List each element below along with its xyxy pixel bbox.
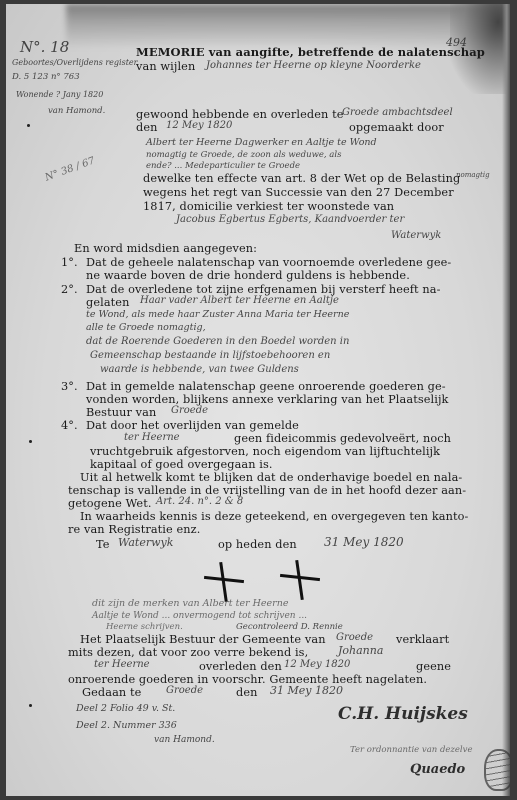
municipal-line-2: mits dezen, dat voor zoo verre bekend is… <box>68 646 308 659</box>
conclusion-line-1: Uit al hetwelk komt te blijken dat de on… <box>80 471 462 484</box>
document-page: N°. 18 494 Geboortes/Overlijdens registe… <box>6 4 510 796</box>
municipal-line-3: onroerende goederen in voorschr. Gemeent… <box>68 673 427 686</box>
declarants-line-2: nomagtig te Groede, de zoon als weduwe, … <box>146 150 341 160</box>
municipal-name-2: ter Heerne <box>94 659 150 670</box>
item-2-line-2: gelaten <box>86 296 129 309</box>
date-of-death: 12 Mey 1820 <box>166 120 232 131</box>
item-3-number: 3°. <box>61 380 78 393</box>
secretary-title: Ter ordonnantie van dezelve <box>350 745 472 755</box>
municipal-death-date: 12 Mey 1820 <box>284 659 350 670</box>
municipal-line-1: Het Plaatselijk Bestuur der Gemeente van <box>80 633 326 646</box>
item-3-place: Groede <box>171 405 208 416</box>
margin-note-2: D. 5 123 n° 763 <box>12 72 80 82</box>
marks-note-3: Heerne schrijven. <box>106 622 183 632</box>
den-label: den <box>136 121 158 134</box>
item-1-line-2: ne waarde boven de drie honderd guldens … <box>86 269 410 282</box>
opgemaakt-label: opgemaakt door <box>349 121 444 134</box>
item-4-cont-3: kapitaal of goed overgegaan is. <box>90 458 273 471</box>
municipal-verklaart: verklaart <box>396 633 449 646</box>
speck <box>29 440 32 443</box>
marks-witness: Gecontroleerd D. Rennie <box>236 622 343 632</box>
intro-line-1: dewelke ten effecte van art. 8 der Wet o… <box>143 172 460 185</box>
mark-cross-1 <box>204 562 244 602</box>
mayor-signature: C.H. Huijskes <box>338 704 468 724</box>
registration-note-2: Deel 2. Nummer 336 <box>76 720 177 731</box>
item-3-line-3: Bestuur van <box>86 406 156 419</box>
aangegeven-heading: En word midsdien aangegeven: <box>74 242 257 255</box>
place-of-death: Groede ambachtsdeel <box>342 107 453 118</box>
declarants-margin: nomagtig <box>456 171 490 179</box>
item-4-name: ter Heerne <box>124 432 180 443</box>
speck <box>29 704 32 707</box>
item-2-number: 2°. <box>61 283 78 296</box>
te-place: Waterwyk <box>118 536 173 549</box>
margin-note-1: Geboortes/Overlijdens register <box>12 58 137 67</box>
secretary-signature: Quaedo <box>410 762 465 777</box>
registry-number: N°. 18 <box>20 38 69 56</box>
marks-note-1: dit zijn de merken van Albert ter Heerne <box>92 598 288 609</box>
intro-line-3: 1817, domicilie verkiest ter woonstede v… <box>143 200 394 213</box>
municipal-name-1: Johanna <box>338 644 383 657</box>
law-reference: Art. 24. n°. 2 & 8 <box>156 496 243 507</box>
municipal-geene: geene <box>416 660 451 673</box>
mark-cross-2 <box>280 560 320 600</box>
registration-note-3: van Hamond. <box>154 735 215 745</box>
conclusion-line-3: getogene Wet. <box>68 497 152 510</box>
van-wijlen-label: van wijlen <box>136 60 195 73</box>
declarants-line-3: ende? ... Medeparticulier te Groede <box>146 161 300 171</box>
item-4-cont-1: geen fideicommis gedevolveërt, noch <box>234 432 451 445</box>
registration-note-1: Deel 2 Folio 49 v. St. <box>76 703 175 714</box>
signed-line-1: In waarheids kennis is deze geteekend, e… <box>80 510 468 523</box>
margin-note-3: Wonende ? Jany 1820 <box>16 90 103 99</box>
domicile: Jacobus Egbertus Egberts, Kaandvoerder t… <box>176 214 404 225</box>
speck <box>27 124 30 127</box>
heirs-line-4: dat de Roerende Goederen in den Boedel w… <box>86 336 349 347</box>
water-stain <box>66 4 506 49</box>
declarants-line-1: Albert ter Heerne Dagwerker en Aaltje te… <box>146 137 377 148</box>
te-label: Te <box>96 538 110 551</box>
heirs-line-3: alle te Groede nomagtig, <box>86 322 206 333</box>
gedaan-label: Gedaan te <box>82 686 141 699</box>
signature-flourish <box>484 749 510 791</box>
gedaan-den: den <box>236 686 258 699</box>
signed-line-2: re van Registratie enz. <box>68 523 200 536</box>
heirs-line-1: Haar vader Albert ter Heerne en Aaltje <box>140 295 339 306</box>
heirs-line-2: te Wond, als mede haar Zuster Anna Maria… <box>86 309 349 320</box>
sign-date: 31 Mey 1820 <box>324 535 404 549</box>
document-title: MEMORIE van aangifte, betreffende de nal… <box>136 46 485 59</box>
heirs-line-5: Gemeenschap bestaande in lijfstoebehoore… <box>90 350 330 361</box>
item-3-line-1: Dat in gemelde nalatenschap geene onroer… <box>86 380 446 393</box>
item-4-number: 4°. <box>61 419 78 432</box>
deceased-name: Johannes ter Heerne op kleyne Noorderke <box>206 60 421 71</box>
conclusion-line-2: tenschap is vallende in de vrijstelling … <box>68 484 466 497</box>
gedaan-place: Groede <box>166 685 203 696</box>
page-edge <box>502 4 510 796</box>
item-1-number: 1°. <box>61 256 78 269</box>
op-heden-label: op heden den <box>218 538 297 551</box>
domicile-place: Waterwyk <box>391 230 441 241</box>
item-4-line-1: Dat door het overlijden van gemelde <box>86 419 299 432</box>
item-1-line-1: Dat de geheele nalatenschap van voornoem… <box>86 256 451 269</box>
side-note: N° 38 / 67 <box>44 155 97 183</box>
intro-line-2: wegens het regt van Successie van den 27… <box>143 186 454 199</box>
marks-note-2: Aaltje te Wond ... onvermogend tot schri… <box>92 611 307 621</box>
municipal-overleden: overleden den <box>199 660 282 673</box>
item-4-cont-2: vruchtgebruik afgestorven, noch eigendom… <box>90 445 440 458</box>
municipal-gemeente: Groede <box>336 632 373 643</box>
margin-note-4: van Hamond. <box>48 106 105 116</box>
gedaan-date: 31 Mey 1820 <box>270 684 343 697</box>
heirs-line-6: waarde is hebbende, van twee Guldens <box>100 364 299 375</box>
item-3-line-2: vonden worden, blijkens annexe verklarin… <box>86 393 449 406</box>
